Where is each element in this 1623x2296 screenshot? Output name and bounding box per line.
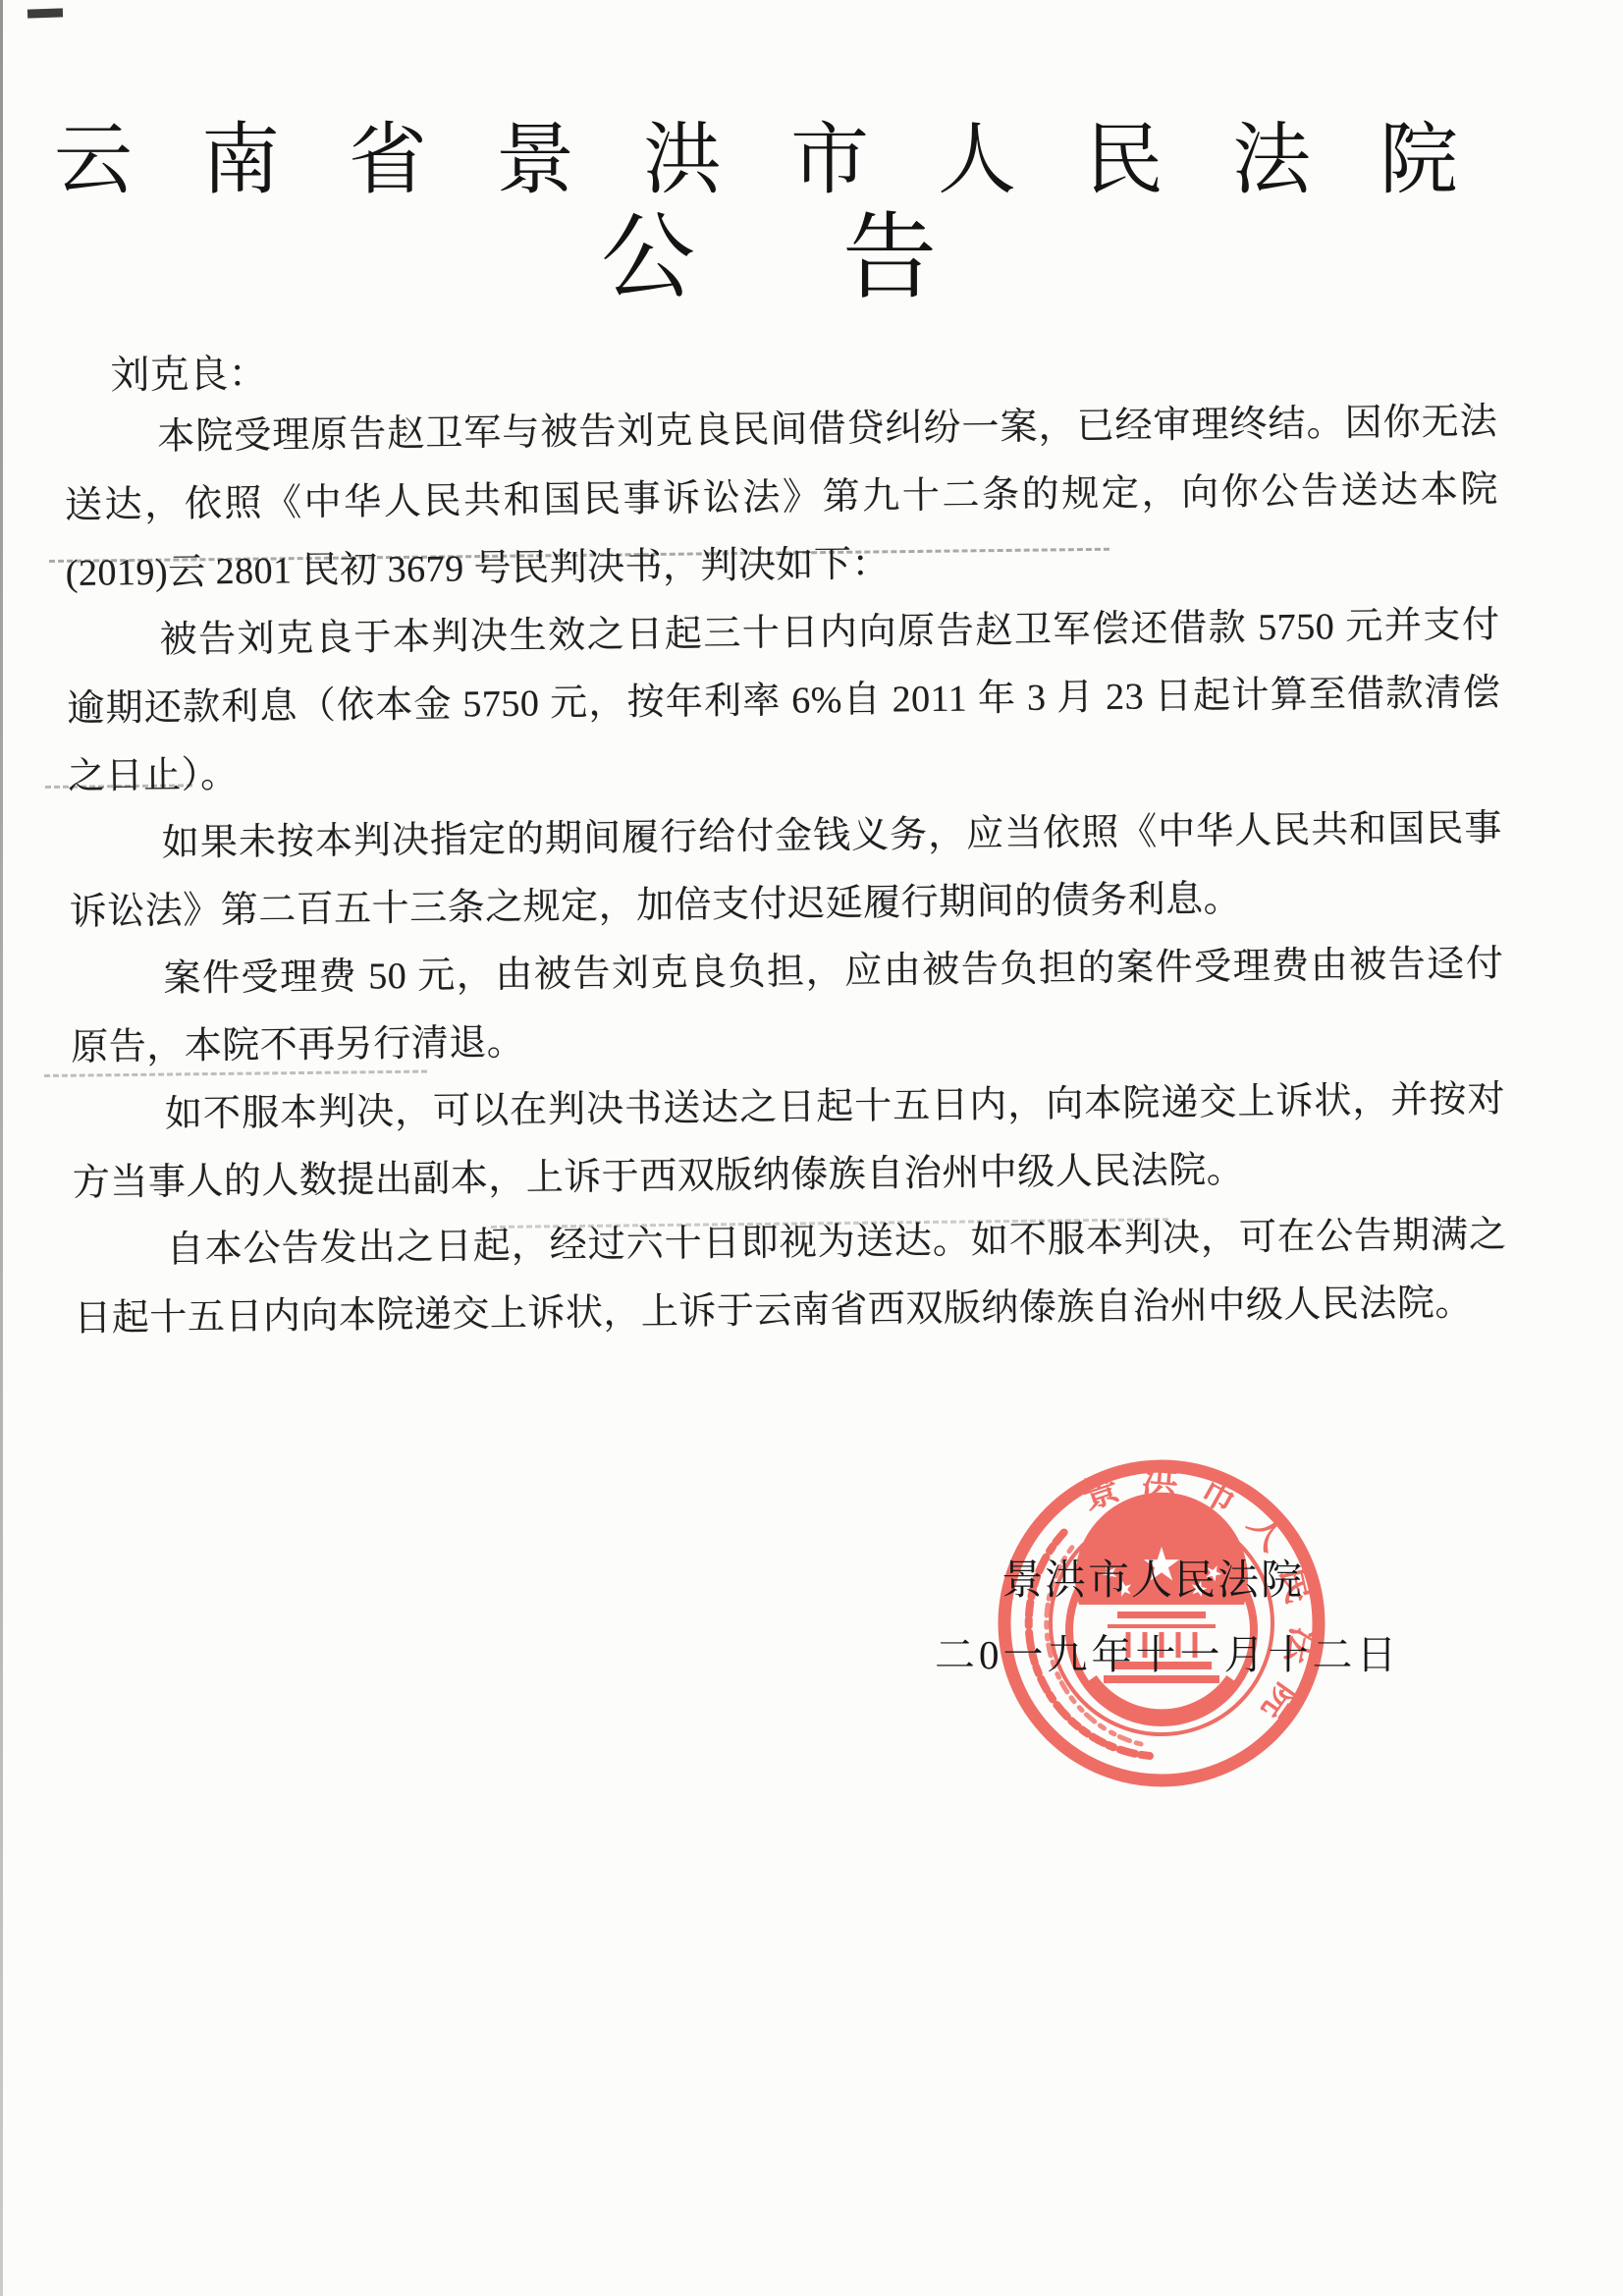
- document-page: 云南省景洪市人民法院 公告 刘克良： 本院受理原告赵卫军与被告刘克良民间借贷纠纷…: [0, 0, 1623, 2296]
- document-body: 刘克良： 本院受理原告赵卫军与被告刘克良民间借贷纠纷一案，已经审理终结。因你无法…: [63, 335, 1507, 1352]
- court-header: 云南省景洪市人民法院: [54, 118, 1527, 204]
- paragraph: 自本公告发出之日起，经过六十日即视为送达。如不服本判决，可在公告期满之日起十五日…: [73, 1201, 1507, 1353]
- body-text: 本院受理原告赵卫军与被告刘克良民间借贷纠纷一案，已经审理终结。因你无法送达，依照…: [64, 388, 1508, 1353]
- announcement-title: 公告: [601, 209, 1084, 308]
- paragraph: 本院受理原告赵卫军与被告刘克良民间借贷纠纷一案，已经审理终结。因你无法送达，依照…: [64, 388, 1499, 608]
- paragraph: 被告刘克良于本判决生效之日起三十日内向原告赵卫军偿还借款 5750 元并支付逾期…: [66, 591, 1501, 811]
- paragraph: 如不服本判决，可以在判决书送达之日起十五日内，向本院递交上诉状，并按对方当事人的…: [72, 1066, 1506, 1218]
- signature-court-name: 景洪市人民法院: [1001, 1548, 1304, 1607]
- scan-edge-artifact: [0, 0, 3, 2296]
- scan-corner-artifact: [27, 8, 63, 18]
- paragraph: 如果未按本判决指定的期间履行给付金钱义务，应当依照《中华人民共和国民事诉讼法》第…: [69, 794, 1503, 947]
- paragraph: 案件受理费 50 元，由被告刘克良负担，应由被告负担的案件受理费由被告迳付原告，…: [70, 930, 1504, 1082]
- signature-date: 二0一九年十一月十二日: [935, 1622, 1401, 1680]
- national-emblem: [1069, 1493, 1254, 1722]
